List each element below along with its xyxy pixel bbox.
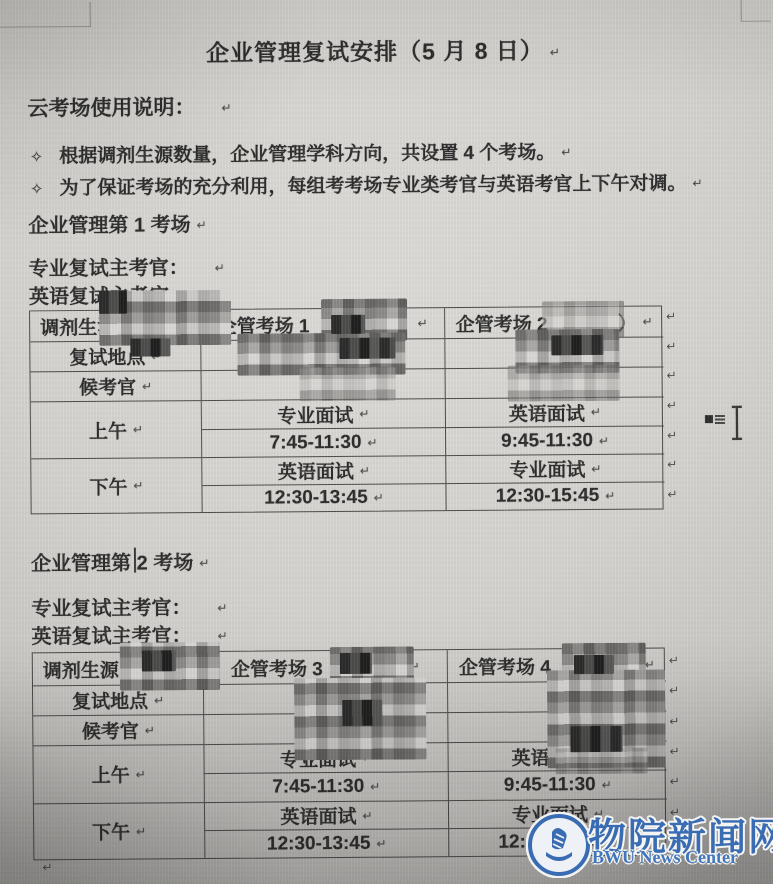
redaction-mosaic-dark: [130, 338, 170, 356]
cell-text: 7:45-11:30: [270, 431, 362, 454]
paragraph-mark: ↵: [133, 423, 143, 437]
paragraph-mark: ↵: [145, 723, 155, 737]
table-cell-afternoon-label: 下午↵: [31, 457, 201, 513]
cell-text: 专业面试: [277, 400, 353, 428]
redaction-mosaic-dark: [99, 291, 127, 314]
label-text: 专业复试主考官：: [31, 597, 191, 620]
section-1-professional-examiner-line: 专业复试主考官：↵: [29, 251, 225, 282]
margin-crop-mark-top-left: [0, 2, 91, 28]
paragraph-mark: ↵: [561, 145, 571, 159]
table-cell-afternoon-label: 下午↵: [34, 802, 204, 859]
cell-text: 12:30-13:45: [267, 832, 371, 855]
table-cell-afternoon-room1-time: 12:30-13:45↵: [201, 483, 445, 512]
paragraph-mark: ↵: [133, 479, 143, 493]
paragraph-mark: ↵: [667, 458, 681, 472]
paragraph-mark: ↵: [197, 218, 207, 232]
diamond-bullet-icon: ✧: [30, 181, 44, 198]
redaction-mosaic-dark: [142, 650, 176, 671]
table-cell-afternoon-room2-activity: 专业面试↵: [445, 453, 664, 483]
section-1-heading: 企业管理第 1 考场↵: [28, 208, 207, 238]
paragraph-mark: ↵: [367, 435, 377, 449]
cell-text: 12:30-13:45: [264, 487, 368, 510]
cell-text: 英语面试: [280, 802, 356, 830]
redaction-mosaic-dark: [574, 655, 614, 674]
redaction-mosaic-dark: [339, 338, 395, 359]
cell-text: 下午: [89, 472, 127, 499]
redaction-mosaic: [508, 365, 620, 402]
paragraph-mark: ↵: [670, 775, 684, 789]
table-cell-proctor-label: 候考官↵: [33, 714, 203, 745]
paragraph-mark: ↵: [136, 824, 146, 838]
cell-text: 下午: [92, 818, 130, 845]
paragraph-mark: ↵: [362, 808, 372, 822]
redaction-mosaic-dark: [340, 653, 372, 674]
cell-text: 专业面试: [509, 455, 585, 483]
cell-text: 英语面试: [278, 457, 354, 485]
paragraph-mark: ↵: [602, 778, 612, 792]
paragraph-mark: ↵: [591, 461, 601, 475]
table-cell-proctor-label: 候考官↵: [31, 370, 201, 401]
margin-crop-mark-top-right: [741, 0, 771, 22]
section-2-professional-examiner-line: 专业复试主考官：↵: [31, 591, 227, 622]
cell-text: 企管考场 3: [231, 654, 323, 682]
cell-text: 候考官: [82, 717, 139, 744]
paragraph-mark: ↵: [669, 684, 683, 698]
cell-text: 英语面试: [509, 399, 585, 427]
ibeam-cursor: [703, 403, 751, 450]
paragraph-mark: ↵: [669, 714, 683, 728]
paragraph-mark: ↵: [136, 767, 146, 781]
cell-text: 复试地点: [72, 687, 148, 715]
cell-text: 9:45-11:30: [501, 430, 593, 453]
paragraph-mark: ↵: [692, 176, 702, 190]
redaction-mosaic-dark: [570, 726, 622, 752]
section-2-heading-text: 企业管理第 2 考场: [31, 552, 193, 575]
table-cell-morning-room1-activity: 专业面试↵: [201, 398, 445, 429]
paragraph-mark: ↵: [669, 744, 683, 758]
paragraph-mark: ↵: [605, 489, 615, 503]
cell-text: 候考官: [79, 373, 136, 400]
table-cell-morning-label: 上午↵: [31, 400, 201, 458]
paragraph-mark: ↵: [154, 693, 164, 707]
text-insertion-caret: [134, 548, 136, 573]
redaction-mosaic: [300, 367, 396, 402]
table-cell-morning-room1-time: 7:45-11:30↵: [201, 427, 445, 457]
paragraph-mark: ↵: [550, 45, 561, 59]
paragraph-mark: ↵: [360, 463, 370, 477]
paragraph-mark: ↵: [666, 339, 680, 353]
paragraph-mark: ↵: [199, 556, 209, 570]
cell-text: 调剂生源: [43, 655, 119, 683]
instructions-heading-text: 云考场使用说明：: [27, 96, 195, 120]
row-end-paragraph-marks-table-1: ↵↵↵↵↵↵↵: [666, 309, 682, 501]
paragraph-mark: ↵: [42, 860, 52, 874]
bullet-1-text: 根据调剂生源数量，企业管理学科方向，共设置 4 个考场。: [59, 142, 555, 167]
cell-text: 12:30-15:45: [496, 485, 600, 508]
paragraph-mark: ↵: [418, 316, 428, 330]
table-cell-afternoon-room1-activity: 英语面试↵: [201, 455, 445, 485]
table-cell-morning-label: 上午↵: [33, 744, 203, 803]
table-cell-morning-room2-time: 9:45-11:30↵: [445, 425, 664, 455]
document-title-text: 企业管理复试安排（5 月 8 日）: [206, 37, 544, 66]
table-cell-afternoon-room3-time: 12:30-13:45↵: [204, 828, 448, 858]
cell-text: 上午: [92, 761, 130, 788]
paragraph-mark: ↵: [667, 428, 681, 442]
table-cell-afternoon-room2-time: 12:30-15:45↵: [445, 481, 664, 510]
paragraph-mark: ↵: [142, 379, 152, 393]
bwu-logo: [526, 812, 592, 878]
word-document-page: 企业管理复试安排（5 月 8 日）↵ 云考场使用说明：↵ ✧根据调剂生源数量，企…: [0, 0, 773, 884]
redaction-mosaic-dark: [551, 335, 603, 355]
paragraph-mark: ↵: [215, 261, 225, 275]
paragraph-mark: ↵: [643, 315, 653, 329]
paragraph-mark: ↵: [667, 369, 681, 383]
paragraph-mark: ↵: [376, 836, 386, 850]
paragraph-mark: ↵: [370, 780, 380, 794]
cell-text: 7:45-11:30: [272, 776, 364, 799]
table-cell-afternoon-room3-activity: 英语面试↵: [204, 800, 448, 830]
bullet-2-text: 为了保证考场的充分利用，每组考考场专业类考官与英语考官上下午对调。: [59, 173, 686, 199]
paragraph-mark: ↵: [591, 405, 601, 419]
diamond-bullet-icon: ✧: [30, 149, 44, 166]
redaction-mosaic-dark: [342, 700, 382, 726]
paragraph-mark: ↵: [599, 433, 609, 447]
paragraph-mark: ↵: [667, 487, 681, 501]
paragraph-mark: ↵: [669, 653, 683, 667]
section-2-heading: 企业管理第 2 考场↵: [31, 546, 210, 576]
cell-text: 上午: [89, 416, 127, 443]
photographed-document: 企业管理复试安排（5 月 8 日）↵ 云考场使用说明：↵ ✧根据调剂生源数量，企…: [0, 0, 773, 884]
bullet-item-2: ✧为了保证考场的充分利用，每组考考场专业类考官与英语考官上下午对调。↵: [30, 168, 703, 200]
cell-text: 9:45-11:30: [504, 774, 596, 797]
paragraph-mark: ↵: [217, 601, 227, 615]
label-text: 专业复试主考官：: [29, 257, 189, 280]
paragraph-mark: ↵: [218, 629, 228, 643]
bullet-item-1: ✧根据调剂生源数量，企业管理学科方向，共设置 4 个考场。↵: [30, 137, 572, 168]
section-1-heading-text: 企业管理第 1 考场: [28, 214, 190, 237]
paragraph-mark: ↵: [221, 101, 231, 115]
paragraph-mark: ↵: [667, 398, 681, 412]
paragraph-mark: ↵: [666, 309, 680, 323]
paragraph-mark: ↵: [359, 407, 369, 421]
paragraph-mark: ↵: [374, 491, 384, 505]
instructions-heading: 云考场使用说明：↵: [27, 91, 231, 123]
redaction-mosaic-dark: [331, 315, 365, 334]
table-cell-morning-room3-time: 7:45-11:30↵: [204, 771, 448, 802]
document-title: 企业管理复试安排（5 月 8 日）↵: [0, 31, 770, 70]
watermark-english: BWU News Center: [592, 847, 738, 868]
ibeam-cursor-icon: [703, 403, 751, 445]
